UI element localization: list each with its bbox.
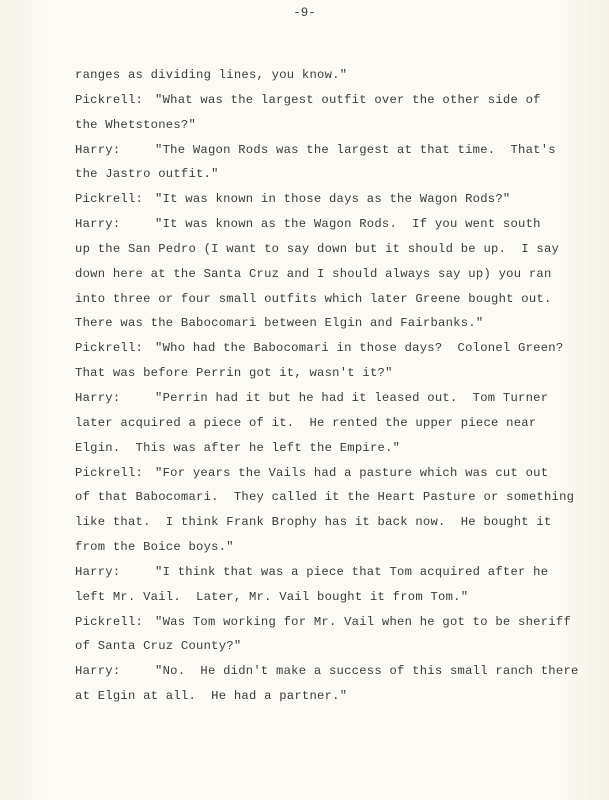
dialogue-line-start: Harry:"No. He didn't make a success of t… bbox=[75, 659, 575, 684]
dialogue-line: down here at the Santa Cruz and I should… bbox=[75, 262, 575, 287]
line-text: Elgin. This was after he left the Empire… bbox=[75, 441, 400, 455]
dialogue-line-start: Pickrell:"It was known in those days as … bbox=[75, 187, 575, 212]
line-text: into three or four small outfits which l… bbox=[75, 292, 552, 306]
transcript-body: ranges as dividing lines, you know."Pick… bbox=[75, 63, 575, 709]
dialogue-line-start: Harry:"I think that was a piece that Tom… bbox=[75, 560, 575, 585]
speaker-label: Harry: bbox=[75, 212, 155, 237]
line-text: There was the Babocomari between Elgin a… bbox=[75, 316, 483, 330]
dialogue-line: the Whetstones?" bbox=[75, 113, 575, 138]
dialogue-line: ranges as dividing lines, you know." bbox=[75, 63, 575, 88]
page-number: -9- bbox=[0, 6, 609, 20]
dialogue-line: like that. I think Frank Brophy has it b… bbox=[75, 510, 575, 535]
line-text: "It was known in those days as the Wagon… bbox=[155, 192, 511, 206]
line-text: of that Babocomari. They called it the H… bbox=[75, 490, 574, 504]
line-text: "For years the Vails had a pasture which… bbox=[155, 466, 548, 480]
dialogue-line: Elgin. This was after he left the Empire… bbox=[75, 436, 575, 461]
dialogue-line: from the Boice boys." bbox=[75, 535, 575, 560]
dialogue-line: at Elgin at all. He had a partner." bbox=[75, 684, 575, 709]
line-text: the Jastro outfit." bbox=[75, 167, 219, 181]
line-text: "I think that was a piece that Tom acqui… bbox=[155, 565, 548, 579]
speaker-label: Harry: bbox=[75, 386, 155, 411]
speaker-label: Pickrell: bbox=[75, 610, 155, 635]
speaker-label: Harry: bbox=[75, 138, 155, 163]
dialogue-line: of that Babocomari. They called it the H… bbox=[75, 485, 575, 510]
line-text: That was before Perrin got it, wasn't it… bbox=[75, 366, 393, 380]
dialogue-line-start: Harry:"It was known as the Wagon Rods. I… bbox=[75, 212, 575, 237]
line-text: "Who had the Babocomari in those days? C… bbox=[155, 341, 563, 355]
line-text: down here at the Santa Cruz and I should… bbox=[75, 267, 552, 281]
dialogue-line: There was the Babocomari between Elgin a… bbox=[75, 311, 575, 336]
line-text: ranges as dividing lines, you know." bbox=[75, 68, 347, 82]
line-text: "The Wagon Rods was the largest at that … bbox=[155, 143, 556, 157]
line-text: like that. I think Frank Brophy has it b… bbox=[75, 515, 552, 529]
dialogue-line: up the San Pedro (I want to say down but… bbox=[75, 237, 575, 262]
line-text: "Was Tom working for Mr. Vail when he go… bbox=[155, 615, 571, 629]
dialogue-line: later acquired a piece of it. He rented … bbox=[75, 411, 575, 436]
line-text: "It was known as the Wagon Rods. If you … bbox=[155, 217, 541, 231]
speaker-label: Pickrell: bbox=[75, 461, 155, 486]
speaker-label: Pickrell: bbox=[75, 187, 155, 212]
line-text: at Elgin at all. He had a partner." bbox=[75, 689, 347, 703]
speaker-label: Harry: bbox=[75, 659, 155, 684]
dialogue-line: left Mr. Vail. Later, Mr. Vail bought it… bbox=[75, 585, 575, 610]
line-text: up the San Pedro (I want to say down but… bbox=[75, 242, 559, 256]
line-text: from the Boice boys." bbox=[75, 540, 234, 554]
line-text: of Santa Cruz County?" bbox=[75, 639, 241, 653]
dialogue-line-start: Pickrell:"For years the Vails had a past… bbox=[75, 461, 575, 486]
dialogue-line-start: Pickrell:"Who had the Babocomari in thos… bbox=[75, 336, 575, 361]
dialogue-line-start: Pickrell:"What was the largest outfit ov… bbox=[75, 88, 575, 113]
line-text: "No. He didn't make a success of this sm… bbox=[155, 664, 579, 678]
dialogue-line: into three or four small outfits which l… bbox=[75, 287, 575, 312]
dialogue-line: That was before Perrin got it, wasn't it… bbox=[75, 361, 575, 386]
dialogue-line-start: Harry:"The Wagon Rods was the largest at… bbox=[75, 138, 575, 163]
dialogue-line: the Jastro outfit." bbox=[75, 162, 575, 187]
speaker-label: Pickrell: bbox=[75, 336, 155, 361]
dialogue-line-start: Harry:"Perrin had it but he had it lease… bbox=[75, 386, 575, 411]
line-text: "Perrin had it but he had it leased out.… bbox=[155, 391, 548, 405]
dialogue-line-start: Pickrell:"Was Tom working for Mr. Vail w… bbox=[75, 610, 575, 635]
speaker-label: Pickrell: bbox=[75, 88, 155, 113]
line-text: left Mr. Vail. Later, Mr. Vail bought it… bbox=[75, 590, 468, 604]
dialogue-line: of Santa Cruz County?" bbox=[75, 634, 575, 659]
line-text: "What was the largest outfit over the ot… bbox=[155, 93, 541, 107]
speaker-label: Harry: bbox=[75, 560, 155, 585]
line-text: later acquired a piece of it. He rented … bbox=[75, 416, 536, 430]
line-text: the Whetstones?" bbox=[75, 118, 196, 132]
